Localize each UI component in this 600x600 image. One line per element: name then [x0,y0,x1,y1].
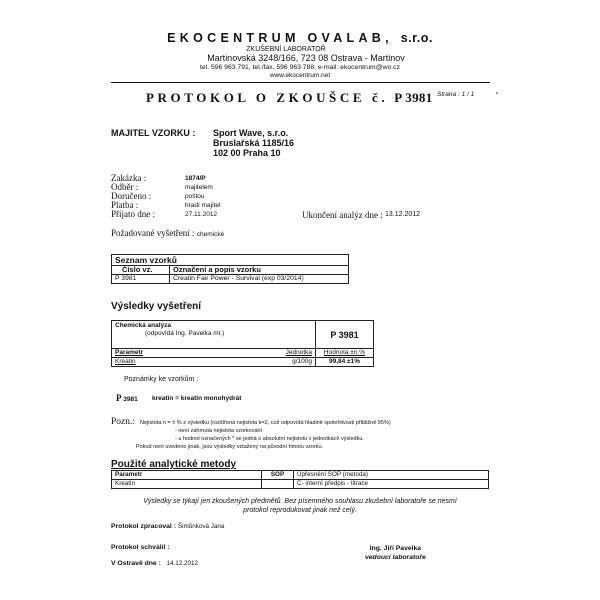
column-header: Hodnota ±n.% [316,349,374,358]
column-header: Parametr [112,349,217,358]
owner-label: MAJITEL VZORKU : [111,128,195,138]
page-indicator: Strana : 1 / 1 [437,91,474,98]
remark-line: - není zahrnuta nejistota vzorkování [175,428,262,434]
parameter-name: Kreatin [112,480,262,489]
results-sample-id: P 3981 [316,321,374,349]
owner-street: Bruslařská 1185/16 [213,138,294,148]
sop [262,480,294,489]
note-sample: P 3981 [116,393,138,403]
header-divider [111,82,490,83]
table-row: P 3981 Creatin Fair Power - Survival (ex… [112,275,349,284]
unit: g/100g [216,358,315,367]
meta-value: 1874/P [185,175,206,182]
scan-artifact [496,92,498,94]
approved-label: Protokol schválil : [111,544,170,551]
place-date: V Ostravě dne : 14.12.2012 [111,560,198,567]
result-value: 99,84 ±1% [316,358,374,367]
notes-label: Poznámky ke vzorkům : [124,376,198,383]
samples-title: Seznam vzorků [112,255,349,266]
column-header: Parametr [112,471,262,480]
lab-name: ZKUŠEBNÍ LABORATOŘ [0,46,600,53]
samples-table: Seznam vzorků Číslo vz. Označení a popis… [111,254,349,284]
column-header: Upřesnění SOP (metoda) [294,471,489,480]
remark-line: - u hodnot označených * se jedná o absol… [175,436,364,442]
table-row: Kreatin C- interní předpis - titrace [112,480,489,489]
meta-value: poštou [185,193,205,200]
prepared-by: Protokol zpracoval : Šimůnková Jana [111,523,224,530]
company-website: www.ekocentrum.net [0,72,600,79]
note-text: kreatin = kreatin monohydrát [152,395,241,402]
owner-city: 102 00 Praha 10 [213,148,294,158]
column-header: SOP [262,471,294,480]
methods-title: Použité analytické metody [111,459,236,470]
column-header: Jednotka [216,349,315,358]
approver: Ing. Jiří Pavelka vedoucí laboratoře [365,544,426,562]
protocol-title: PROTOKOL O ZKOUŠCE č.P 3981 [146,90,433,106]
disclaimer: Výsledky se týkají jen zkoušených předmě… [111,497,489,515]
sample-id: P 3981 [112,275,170,284]
completion-label: Ukončení analýz dne : [302,210,383,220]
remark-line: Nejistota n = ± % z výsledku (rozšířená … [140,420,391,426]
disclaimer-line: protokol reprodukovat jinak než celý. [111,506,489,515]
owner-name: Sport Wave, s.r.o. [213,128,294,138]
approver-name: Ing. Jiří Pavelka [365,544,426,553]
requested-exam: Požadované vyšetření : chemické [111,228,224,238]
approver-role: vedoucí laboratoře [365,553,426,562]
remark-line: Pokud není uvedeno jinak, jsou výsledky … [136,444,323,450]
methods-table: Parametr SOP Upřesnění SOP (metoda) Krea… [111,470,489,489]
meta-value: 27.11.2012 [185,211,217,218]
table-row: Kreatin g/100g 99,84 ±1% [112,358,374,367]
results-title: Výsledky vyšetření [111,301,201,312]
company-name: EKOCENTRUM OVALAB, s.r.o. [0,31,600,45]
owner-address: Sport Wave, s.r.o. Bruslařská 1185/16 10… [213,128,294,158]
results-table: Chemická analýza (odpovídá Ing. Pavelka … [111,320,374,367]
disclaimer-line: Výsledky se týkají jen zkoušených předmě… [111,497,489,506]
meta-value: majitelem [185,184,213,191]
completion-date: 13.12.2012 [385,211,420,218]
analysis-header: Chemická analýza (odpovídá Ing. Pavelka … [112,321,316,349]
company-address: Martinovská 3248/166, 723 08 Ostrava - M… [0,53,600,63]
analysis-title: Chemická analýza [115,322,312,330]
company-contact: tel. 596 963 791, tel./fax. 596 963 788,… [0,64,600,71]
meta-label: Přijato dne : [111,209,155,219]
remark-label: Pozn.: [111,417,135,427]
analysis-note: (odpovídá Ing. Pavelka ml.) [115,330,312,338]
meta-value: hradí majitel [185,202,220,209]
method: C- interní předpis - titrace [294,480,489,489]
column-header: Označení a popis vzorku [170,266,349,275]
sample-description: Creatin Fair Power - Survival (exp 03/20… [170,275,349,284]
parameter-name: Kreatin [112,358,217,367]
column-header: Číslo vz. [112,266,170,275]
